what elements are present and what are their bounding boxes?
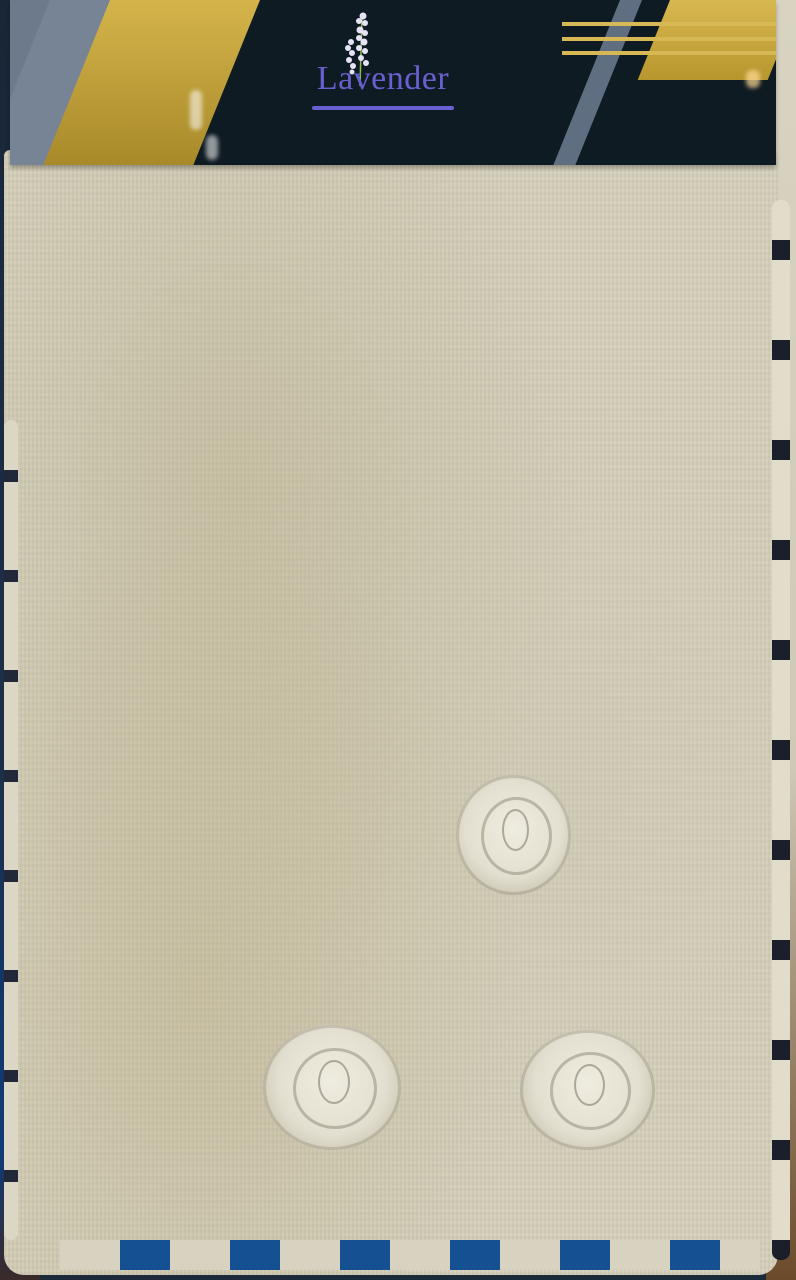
label-gold-line xyxy=(562,51,776,55)
label-gold-line xyxy=(562,22,776,26)
brand-name: Lavender xyxy=(308,60,458,98)
crochet-edge-left xyxy=(4,420,18,1240)
crochet-edge-right xyxy=(772,200,790,1260)
rose-applique-top-right xyxy=(456,775,571,895)
rose-applique-bottom-left xyxy=(263,1025,401,1150)
rose-applique-bottom-right xyxy=(520,1030,655,1150)
glare xyxy=(190,90,202,130)
brand-underline xyxy=(312,106,454,110)
glare xyxy=(206,135,218,160)
product-label: Lavender xyxy=(10,0,776,165)
crochet-edge-bottom xyxy=(60,1240,760,1270)
brand-logo: Lavender xyxy=(308,8,458,118)
label-gold-line xyxy=(562,37,776,41)
glare xyxy=(746,70,760,88)
